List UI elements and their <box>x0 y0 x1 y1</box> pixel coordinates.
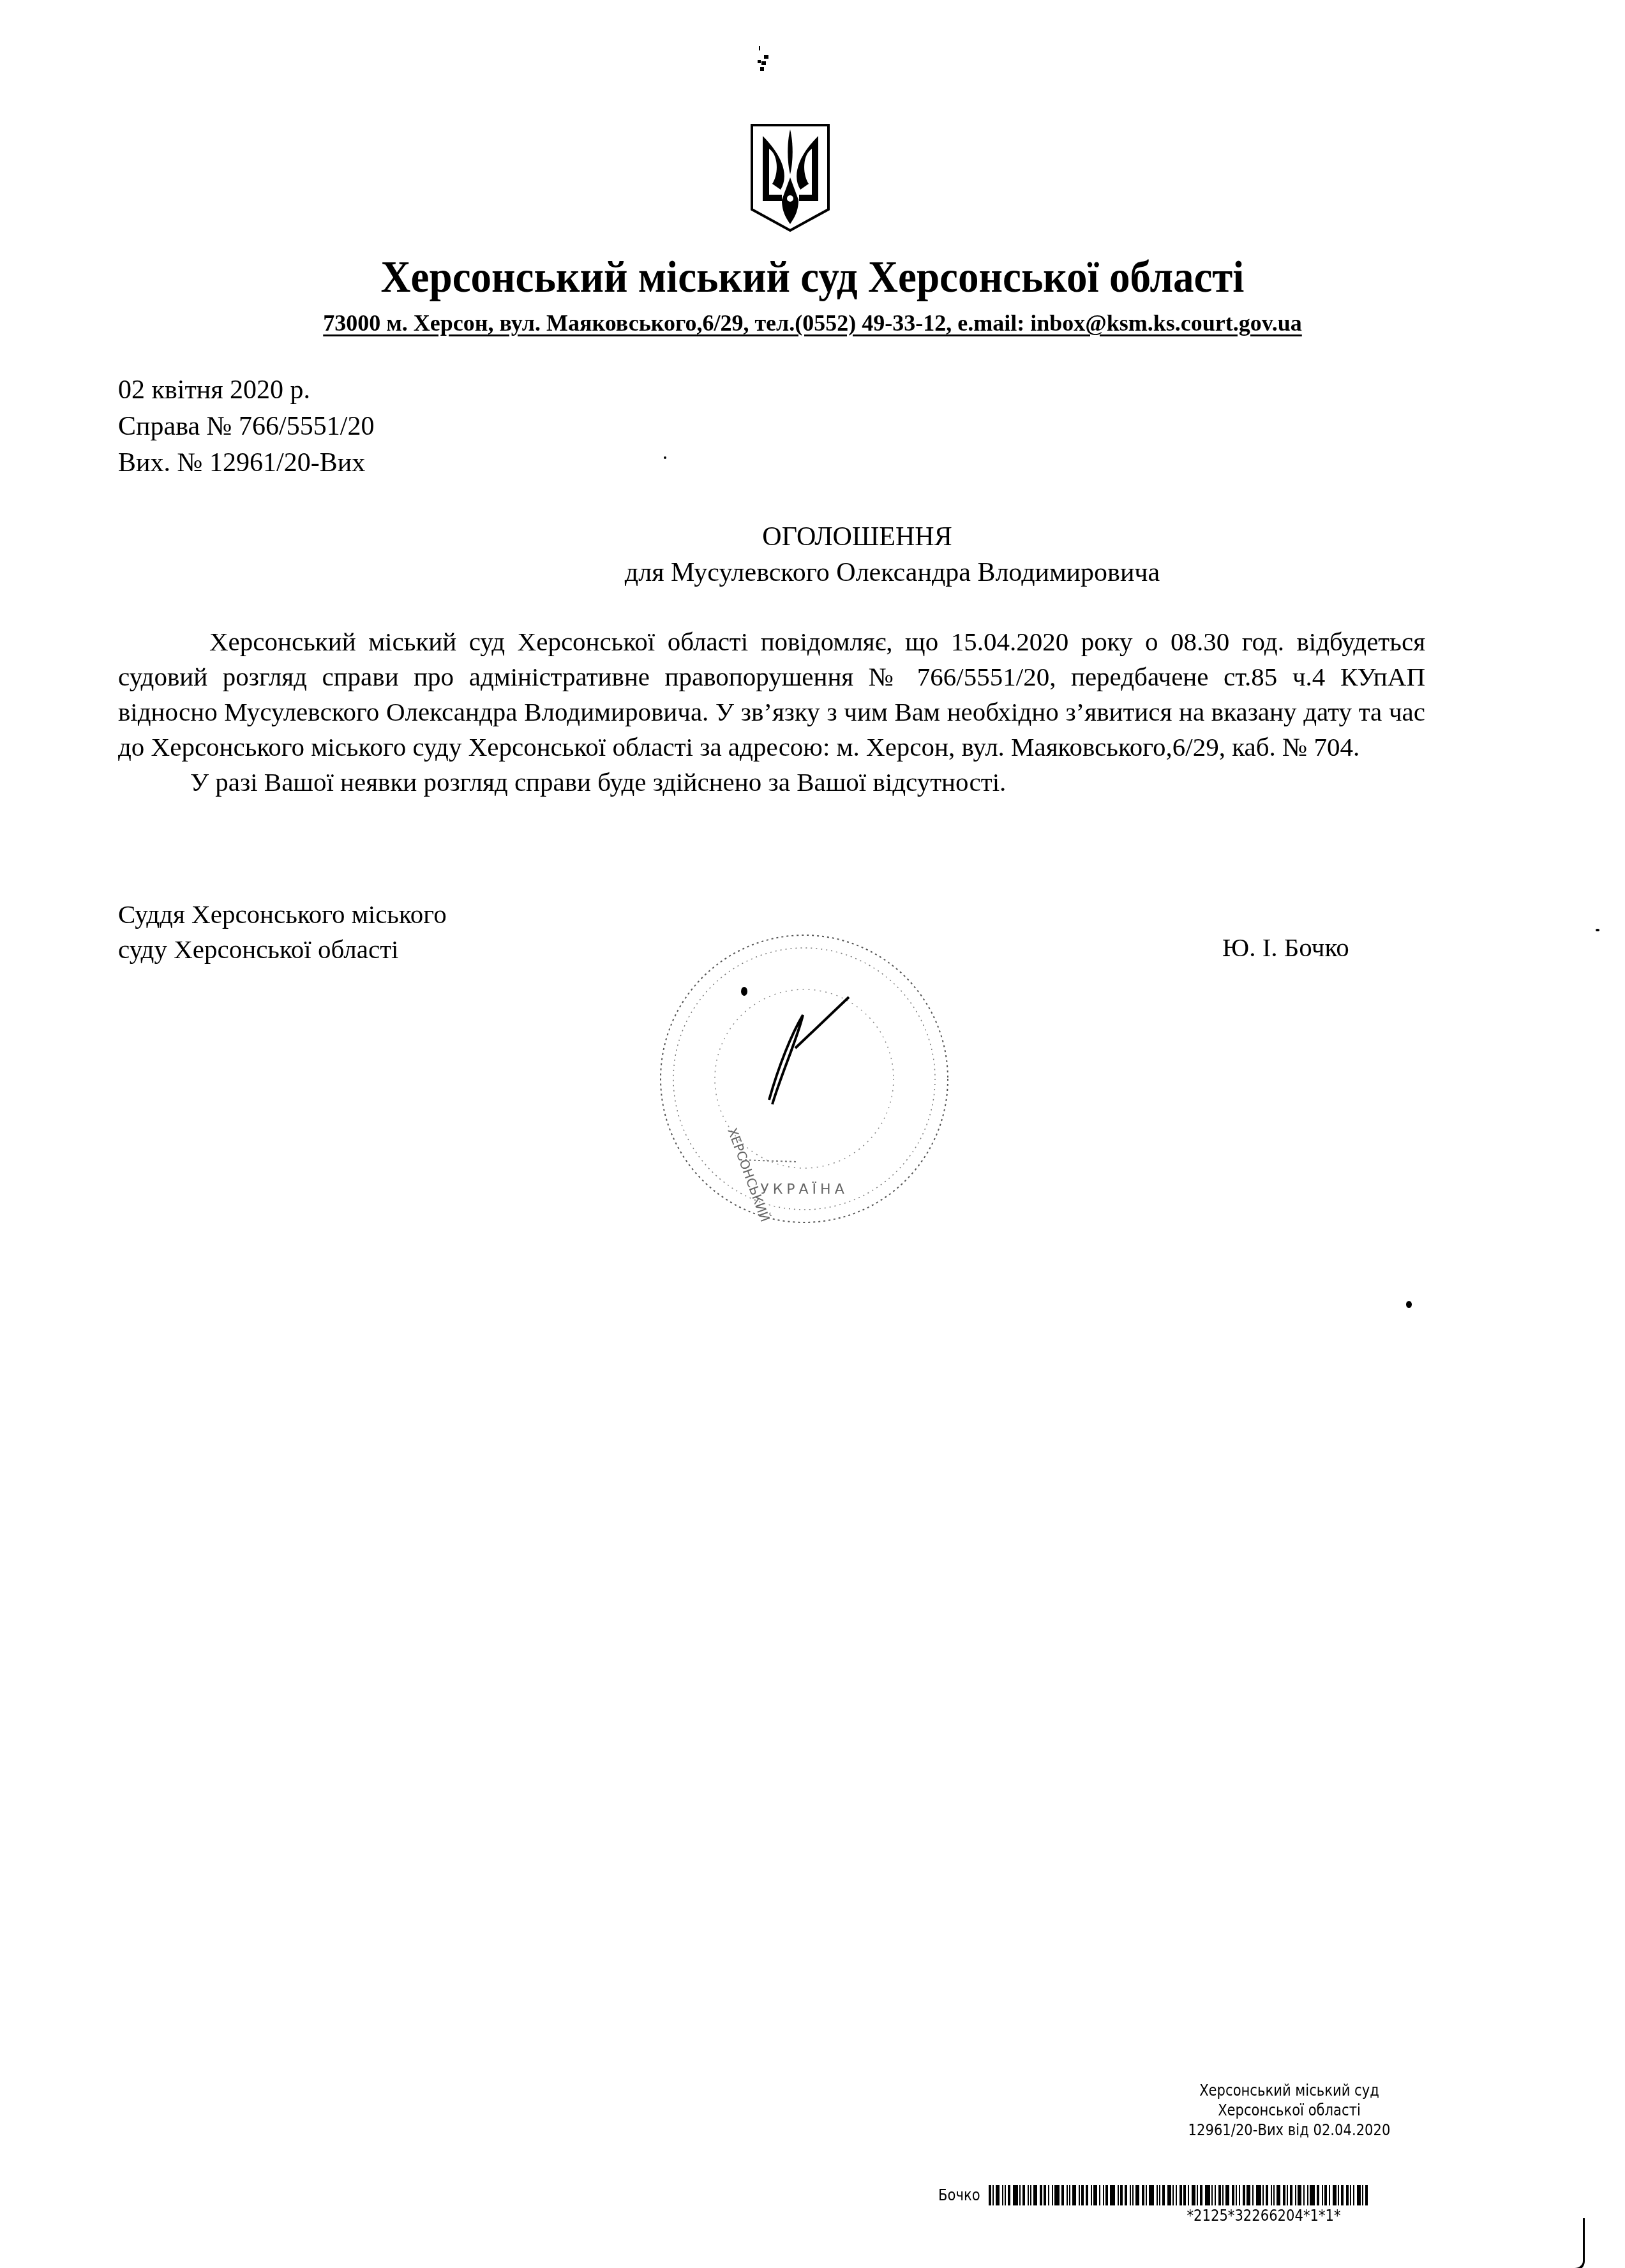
svg-text:ХЕРСОНСЬКИЙ: ХЕРСОНСЬКИЙ <box>724 1126 773 1224</box>
scan-speck <box>1406 1301 1412 1308</box>
barcode-number: *2125*32266204*1*1* <box>1107 2207 1421 2225</box>
registration-stamp: Херсонський міський суд Херсонської обла… <box>1115 2081 1464 2140</box>
page-corner-mark <box>1524 2218 1585 2268</box>
barcode-row: Бочко <box>938 2184 1370 2206</box>
court-seal-stamp-icon: УКРАЇНА ХЕРСОНСЬКИЙ <box>645 919 964 1238</box>
notice-paragraph: Херсонський міський суд Херсонської обла… <box>118 624 1425 765</box>
registration-court: Херсонський міський суд <box>1115 2081 1464 2101</box>
judge-name: Ю. І. Бочко <box>1222 932 1349 963</box>
case-number: Справа № 766/5551/20 <box>118 409 374 445</box>
coat-of-arms-of-ukraine-icon <box>750 123 831 232</box>
notice-body: Херсонський міський суд Херсонської обла… <box>118 624 1425 800</box>
judge-position-line: Суддя Херсонського міського <box>118 897 447 932</box>
notice-addressee: для Мусулевского Олександра Влодимирович… <box>0 557 1625 588</box>
signature-icon <box>741 987 849 1104</box>
barcode-icon <box>989 2185 1370 2205</box>
scan-speck <box>1596 929 1599 931</box>
court-address-line: 73000 м. Херсон, вул. Маяковського,6/29,… <box>0 310 1625 336</box>
notice-paragraph: У разі Вашої неявки розгляд справи буде … <box>118 765 1425 800</box>
document-date: 02 квітня 2020 р. <box>118 372 374 409</box>
registration-region: Херсонської області <box>1115 2101 1464 2121</box>
notice-title: ОГОЛОШЕННЯ <box>0 522 1625 552</box>
document-meta: 02 квітня 2020 р. Справа № 766/5551/20 В… <box>118 372 374 481</box>
court-name-heading: Херсонський міський суд Херсонської обла… <box>57 252 1568 303</box>
scan-artifact-icon <box>758 46 772 71</box>
scan-speck <box>664 456 666 459</box>
judge-position-line: суду Херсонської області <box>118 932 447 967</box>
barcode-label: Бочко <box>938 2186 980 2204</box>
outgoing-number: Вих. № 12961/20-Вих <box>118 445 374 481</box>
registration-number: 12961/20-Вих від 02.04.2020 <box>1115 2121 1464 2140</box>
judge-position: Суддя Херсонського міського суду Херсонс… <box>118 897 447 967</box>
svg-text:УКРАЇНА: УКРАЇНА <box>760 1181 848 1198</box>
